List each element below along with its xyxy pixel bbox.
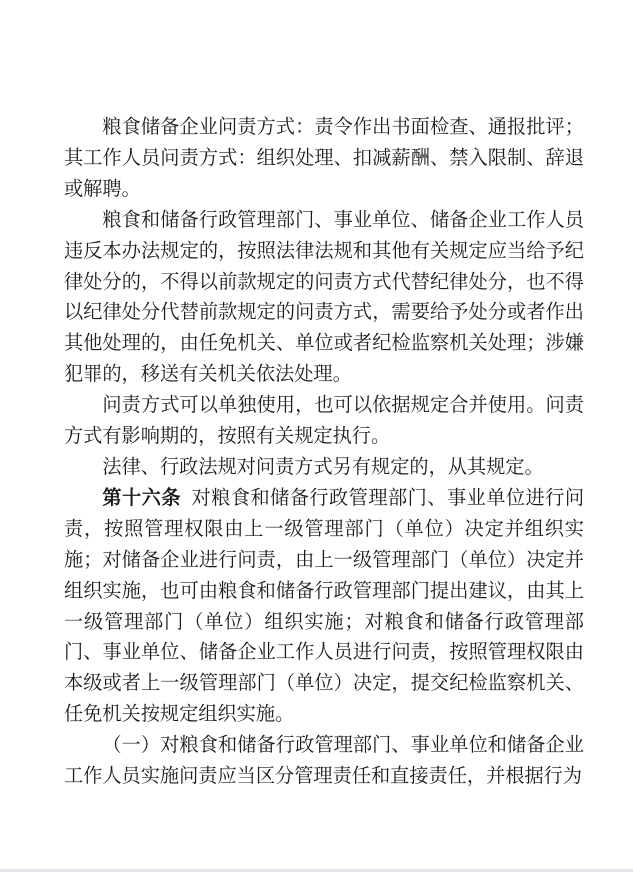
paragraph: 粮食和储备行政管理部门、事业单位、储备企业工作人员违反本办法规定的，按照法律法规… [64, 206, 584, 391]
paragraph: 第十六条对粮食和储备行政管理部门、事业单位进行问责，按照管理权限由上一级管理部门… [64, 484, 584, 731]
paragraph: 法律、行政法规对问责方式另有规定的，从其规定。 [64, 453, 584, 484]
article-number: 第十六条 [102, 488, 181, 509]
paragraph: 粮食储备企业问责方式：责令作出书面检查、通报批评；其工作人员问责方式：组织处理、… [64, 113, 584, 206]
paragraph: （一）对粮食和储备行政管理部门、事业单位和储备企业工作人员实施问责应当区分管理责… [64, 731, 584, 793]
paragraph: 问责方式可以单独使用，也可以依据规定合并使用。问责方式有影响期的，按照有关规定执… [64, 391, 584, 453]
document-page: 粮食储备企业问责方式：责令作出书面检查、通报批评；其工作人员问责方式：组织处理、… [0, 0, 633, 872]
document-body: 粮食储备企业问责方式：责令作出书面检查、通报批评；其工作人员问责方式：组织处理、… [64, 113, 584, 793]
